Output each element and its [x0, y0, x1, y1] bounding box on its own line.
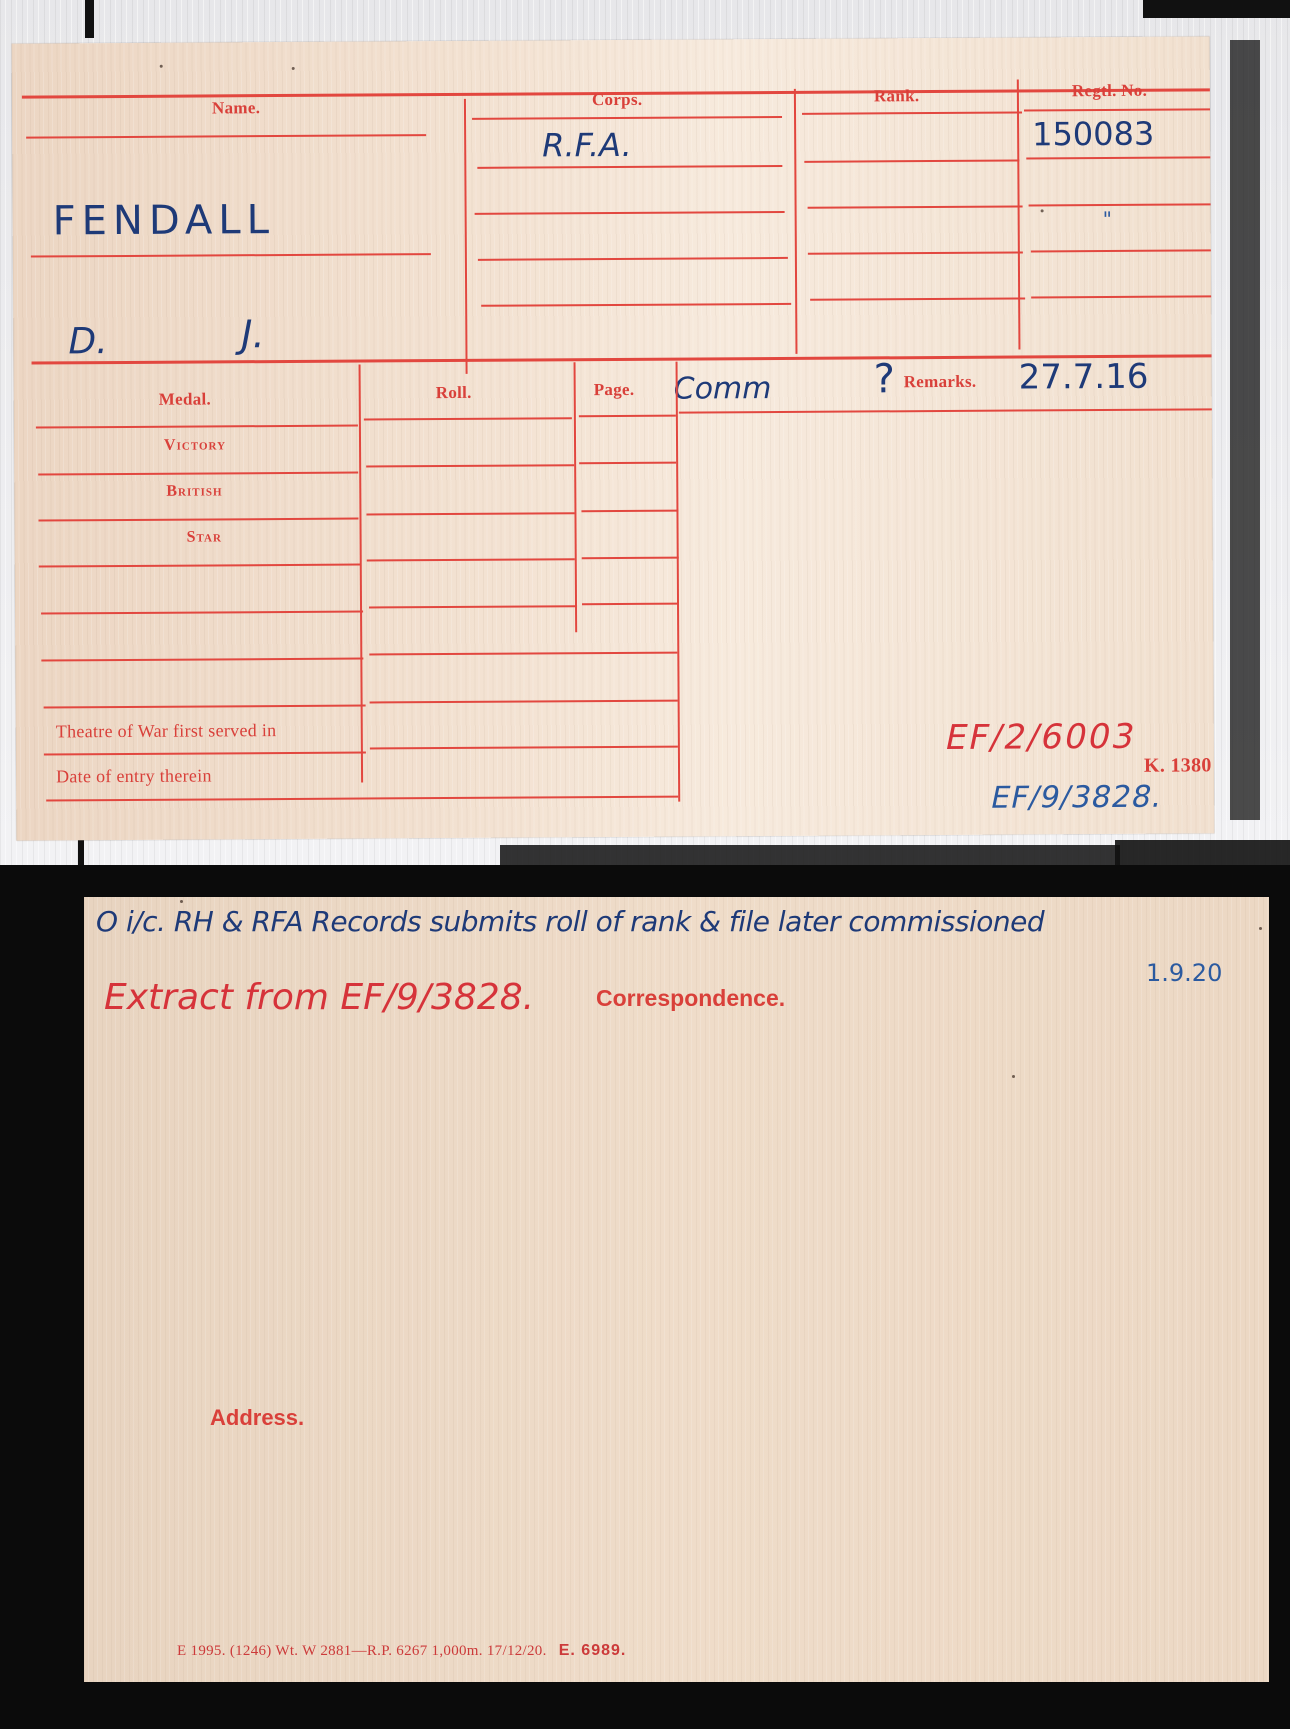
initial-1-value: D. [68, 321, 107, 362]
print-info: E 1995. (1246) Wt. W 2881—R.P. 6267 1,00… [177, 1643, 547, 1659]
medal-victory: Victory [164, 436, 226, 454]
medal-british: British [166, 482, 222, 500]
date-of-entry-label: Date of entry therein [56, 765, 212, 787]
form-code: E. 6989. [559, 1642, 627, 1659]
reference-red: EF/2/6003 [942, 717, 1140, 758]
correspondence-label: Correspondence. [596, 985, 785, 1012]
reference-blue: EF/9/3828. [988, 780, 1167, 816]
remarks-note: Comm [674, 371, 772, 407]
page-header: Page. [594, 380, 635, 400]
roll-header: Roll. [436, 383, 472, 403]
records-note: O i/c. RH & RFA Records submits roll of … [96, 905, 1044, 938]
remarks-date: 27.7.16 [1019, 357, 1149, 398]
theatre-of-war-label: Theatre of War first served in [56, 720, 277, 742]
records-note-date: 1.9.20 [1146, 959, 1222, 987]
extract-note: Extract from EF/9/3828. [104, 977, 534, 1018]
surname-value: FENDALL [53, 197, 276, 244]
regtl-no-value: 150083 [1032, 115, 1154, 154]
k-stamp: K. 1380 [1144, 754, 1212, 777]
medal-card-front: Name. FENDALL D. J. Corps. R.F.A. Rank. … [12, 36, 1215, 840]
medal-card-back: O i/c. RH & RFA Records submits roll of … [84, 897, 1269, 1682]
remarks-header: Remarks. [904, 372, 977, 392]
corps-value: R.F.A. [542, 126, 632, 165]
regtl-no-ditto-mark: " [1103, 207, 1112, 231]
footer-print-info: E 1995. (1246) Wt. W 2881—R.P. 6267 1,00… [177, 1642, 626, 1660]
medal-header: Medal. [159, 389, 211, 409]
medal-star: Star [187, 528, 222, 546]
remarks-query: ? [874, 356, 896, 402]
corps-header: Corps. [592, 90, 643, 110]
address-label: Address. [210, 1405, 304, 1431]
regtl-no-header: Regtl. No. [1072, 81, 1147, 101]
initial-2-value: J. [241, 312, 265, 356]
rank-header: Rank. [874, 86, 920, 106]
name-header: Name. [212, 98, 260, 118]
